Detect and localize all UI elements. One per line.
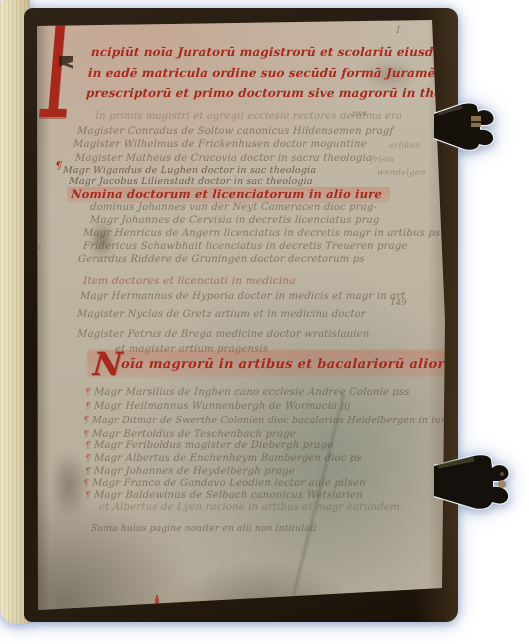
register-entry: dominus Johannes van der Neyt Cameracen … <box>90 203 378 213</box>
pilcrow-mark: ¶ <box>85 388 91 398</box>
register-entry: ¶Magr Albertus de Enchenheym Bambergen d… <box>85 454 362 464</box>
pilcrow-mark: ¶ <box>55 160 63 171</box>
register-entry: Magister Matheus de Cracovia doctor in s… <box>75 154 373 164</box>
register-entry: Magister Wilhelmus de Frickenhusen docto… <box>73 140 367 150</box>
register-entry: Fridericus Schawbhait licenciatus in dec… <box>83 242 408 252</box>
pilcrow-mark: ¶ <box>83 479 89 489</box>
section-heading-law: Nomina doctorum et licenciatorum in alio… <box>67 187 391 203</box>
pilcrow-mark: ¶ <box>83 430 89 440</box>
margin-note: erliken <box>389 142 421 151</box>
red-signature-mark <box>155 598 159 609</box>
register-entry: ¶Magr Feriboldus magister de Diebergh pr… <box>85 441 334 451</box>
register-entry: ¶Magr Bertoldus de Teschenbach prage <box>83 430 296 440</box>
entry-text: Magr Ditmar de Swerthe Colonien dioc bac… <box>92 415 467 426</box>
rubric-line-2: in eadē matricula ordine suo secūdū form… <box>88 67 478 79</box>
register-entry: et Albertus de Lyen racione in artibus e… <box>99 503 400 513</box>
clasp-top <box>434 94 502 160</box>
manuscript-photo: 1 I ncipiūt noīa Juratorū magistrorū et … <box>0 0 529 644</box>
register-entry: ¶Magr Marsilius de Inghen cano ecclesie … <box>85 388 410 398</box>
margin-note: zu <box>31 243 42 252</box>
margin-note: wendelgen <box>377 169 426 178</box>
register-entry: ¶Magr Ditmar de Swerthe Colonien dioc ba… <box>83 416 467 426</box>
rubric-line-1: ncipiūt noīa Juratorū magistrorū et scol… <box>91 46 518 58</box>
book: 1 I ncipiūt noīa Juratorū magistrorū et … <box>0 0 529 644</box>
clasp-bottom <box>434 448 528 518</box>
footer-note: Suma huius pagine nouiter en alii non in… <box>91 525 317 534</box>
pilcrow-mark: ¶ <box>85 441 91 451</box>
entry-text: Magr Albertus de Enchenheym Bambergen di… <box>94 453 362 464</box>
folio-number: 1 <box>395 26 402 36</box>
register-entry: ¶Magr Heilmannus Wunnenbergh de Wormacia… <box>85 402 351 412</box>
register-entry: Magister Conradus de Soltow canonicus Hi… <box>77 127 394 137</box>
entry-text: Magr Bertoldus de Teschenbach prage <box>92 429 296 440</box>
section-heading-medicine: Item doctores et licenciati in medicina <box>83 276 296 287</box>
margin-note: pss <box>352 110 367 119</box>
register-entry: ¶Magr Johannes de Heydelbergh prage <box>85 467 295 477</box>
parchment-page: 1 I ncipiūt noīa Juratorū magistrorū et … <box>29 20 453 620</box>
initial-flourish-decoration <box>59 56 73 86</box>
register-entry: Gerardus Riddere de Gruningen doctor dec… <box>78 255 365 265</box>
entry-text: Magr Franco de Gandavo Leodien lector au… <box>92 478 366 489</box>
entry-text: Magr Johannes de Heydelbergh prage <box>94 466 295 477</box>
register-entry: Magr Jacobus Lilienstadt doctor in sac t… <box>69 177 313 187</box>
register-entry: Magr Johannes de Cervisia in decretis li… <box>90 216 380 226</box>
section-heading-arts: oīa magrorū in artibus et bacalariorū al… <box>121 358 529 371</box>
pilcrow-mark: ¶ <box>83 416 89 426</box>
margin-note: 149 <box>390 299 407 308</box>
register-entry: Magr Wigandus de Lughen doctor in sac th… <box>63 166 317 176</box>
illuminated-initial-N: N <box>92 348 123 380</box>
pilcrow-mark: ¶ <box>85 467 91 477</box>
register-entry: ¶Magr Baldewinus de Selbach canonicus We… <box>85 491 363 501</box>
rubric-line-3: prescriptorū et primo doctorum sive magr… <box>86 87 485 99</box>
entry-text: Magr Marsilius de Inghen cano ecclesie A… <box>94 387 410 398</box>
entry-text: Magr Baldewinus de Selbach canonicus Wet… <box>94 490 363 501</box>
pilcrow-mark: ¶ <box>85 402 91 412</box>
register-entry: ¶Magr Franco de Gandavo Leodien lector a… <box>83 479 366 489</box>
entry-text: Magr Feriboldus magister de Diebergh pra… <box>94 440 334 451</box>
register-entry: Magister Nyclas de Gretz artium et in me… <box>77 310 366 320</box>
register-entry: Magr Hermannus de Hyporia doctor in medi… <box>80 292 406 302</box>
illuminated-initial-I: I <box>32 0 83 142</box>
pilcrow-mark: ¶ <box>85 491 91 501</box>
register-entry: Magr Henricus de Angern licenciatus in d… <box>83 229 441 239</box>
pilcrow-mark: ¶ <box>85 454 91 464</box>
entry-text: Magr Heilmannus Wunnenbergh de Wormacia … <box>94 401 351 412</box>
leather-cover: 1 I ncipiūt noīa Juratorū magistrorū et … <box>24 8 458 622</box>
margin-note: frisin <box>371 156 395 165</box>
register-entry: Magister Petrus de Brega medicine doctor… <box>77 330 370 340</box>
